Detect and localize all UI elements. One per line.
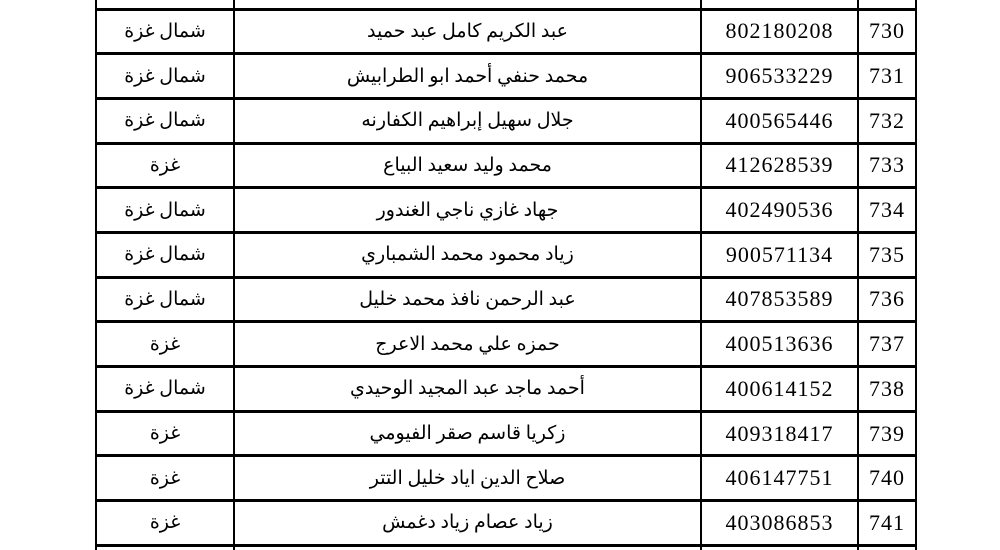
partial-row-top [96, 0, 916, 9]
name-cell-empty [234, 545, 701, 550]
region-cell: غزة [96, 411, 234, 456]
serial-cell-empty [858, 0, 916, 9]
region-cell: غزة [96, 501, 234, 546]
person-name-cell: زياد عصام زياد دغمش [234, 501, 701, 546]
serial-number-cell: 736 [858, 277, 916, 322]
id-number-cell: 409318417 [701, 411, 858, 456]
id-number-cell: 412628539 [701, 143, 858, 188]
person-name-cell: محمد وليد سعيد البياع [234, 143, 701, 188]
serial-number-cell: 734 [858, 188, 916, 233]
person-name-cell: جلال سهيل إبراهيم الكفارنه [234, 98, 701, 143]
region-cell: شمال غزة [96, 232, 234, 277]
person-name-cell: جهاد غازي ناجي الغندور [234, 188, 701, 233]
region-cell: شمال غزة [96, 98, 234, 143]
id-number-cell: 407853589 [701, 277, 858, 322]
serial-number-cell: 738 [858, 367, 916, 412]
table-row: 741 403086853 زياد عصام زياد دغمش غزة [96, 501, 916, 546]
region-cell: غزة [96, 322, 234, 367]
region-cell: شمال غزة [96, 9, 234, 54]
serial-number-cell: 730 [858, 9, 916, 54]
table-row: 733 412628539 محمد وليد سعيد البياع غزة [96, 143, 916, 188]
person-name-cell: صلاح الدين اياد خليل التتر [234, 456, 701, 501]
person-name-cell: عبد الكريم كامل عبد حميد [234, 9, 701, 54]
region-cell: شمال غزة [96, 277, 234, 322]
table-row: 730 802180208 عبد الكريم كامل عبد حميد ش… [96, 9, 916, 54]
id-number-cell: 900571134 [701, 232, 858, 277]
region-cell: شمال غزة [96, 54, 234, 99]
person-name-cell: أحمد ماجد عبد المجيد الوحيدي [234, 367, 701, 412]
table-row: 740 406147751 صلاح الدين اياد خليل التتر… [96, 456, 916, 501]
id-number-cell: 403086853 [701, 501, 858, 546]
region-cell-empty [96, 545, 234, 550]
table-row: 737 400513636 حمزه علي محمد الاعرج غزة [96, 322, 916, 367]
serial-number-cell: 740 [858, 456, 916, 501]
serial-number-cell: 732 [858, 98, 916, 143]
id-cell-empty [701, 0, 858, 9]
region-cell: شمال غزة [96, 188, 234, 233]
id-number-cell: 400565446 [701, 98, 858, 143]
person-name-cell: حمزه علي محمد الاعرج [234, 322, 701, 367]
table-row: 738 400614152 أحمد ماجد عبد المجيد الوحي… [96, 367, 916, 412]
person-name-cell: عبد الرحمن نافذ محمد خليل [234, 277, 701, 322]
id-cell-empty [701, 545, 858, 550]
document-page: 730 802180208 عبد الكريم كامل عبد حميد ش… [0, 0, 1000, 550]
serial-number-cell: 737 [858, 322, 916, 367]
id-number-cell: 402490536 [701, 188, 858, 233]
table-row: 736 407853589 عبد الرحمن نافذ محمد خليل … [96, 277, 916, 322]
serial-number-cell: 741 [858, 501, 916, 546]
serial-number-cell: 739 [858, 411, 916, 456]
serial-number-cell: 735 [858, 232, 916, 277]
roster-table: 730 802180208 عبد الكريم كامل عبد حميد ش… [95, 0, 917, 550]
region-cell: غزة [96, 456, 234, 501]
id-number-cell: 802180208 [701, 9, 858, 54]
table-row: 731 906533229 محمد حنفي أحمد ابو الطرابي… [96, 54, 916, 99]
table-row: 739 409318417 زكريا قاسم صقر الفيومي غزة [96, 411, 916, 456]
id-number-cell: 400614152 [701, 367, 858, 412]
person-name-cell: محمد حنفي أحمد ابو الطرابيش [234, 54, 701, 99]
serial-cell-empty [858, 545, 916, 550]
roster-table-body: 730 802180208 عبد الكريم كامل عبد حميد ش… [96, 0, 916, 550]
region-cell: غزة [96, 143, 234, 188]
table-row: 732 400565446 جلال سهيل إبراهيم الكفارنه… [96, 98, 916, 143]
id-number-cell: 906533229 [701, 54, 858, 99]
region-cell: شمال غزة [96, 367, 234, 412]
person-name-cell: زياد محمود محمد الشمباري [234, 232, 701, 277]
region-cell-empty [96, 0, 234, 9]
serial-number-cell: 731 [858, 54, 916, 99]
table-row: 734 402490536 جهاد غازي ناجي الغندور شما… [96, 188, 916, 233]
id-number-cell: 400513636 [701, 322, 858, 367]
person-name-cell: زكريا قاسم صقر الفيومي [234, 411, 701, 456]
serial-number-cell: 733 [858, 143, 916, 188]
name-cell-empty [234, 0, 701, 9]
partial-row-bottom [96, 545, 916, 550]
id-number-cell: 406147751 [701, 456, 858, 501]
table-row: 735 900571134 زياد محمود محمد الشمباري ش… [96, 232, 916, 277]
